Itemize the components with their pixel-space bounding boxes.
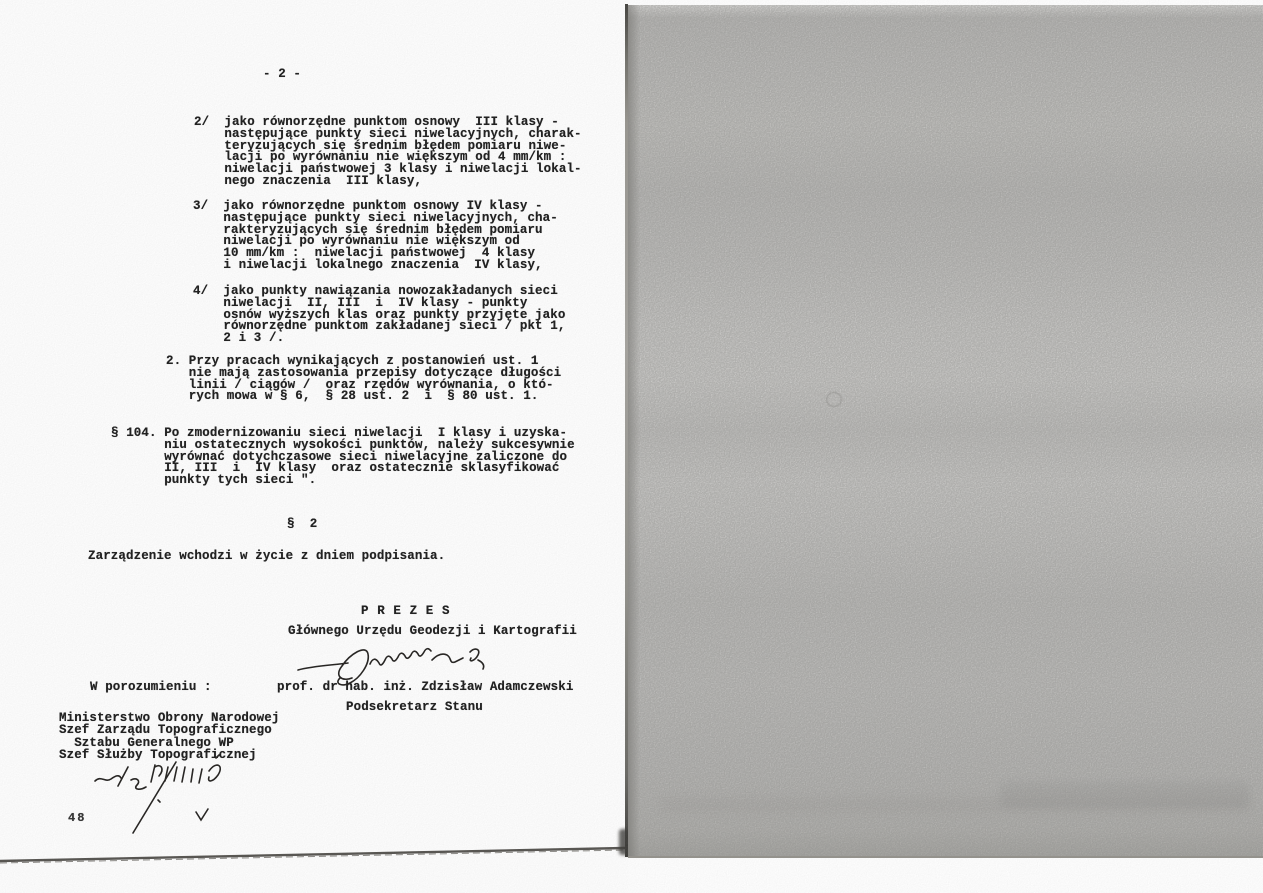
ministry-agreement-block: Ministerstwo Obrony Narodowej Szef Zarzą… [59,712,279,761]
paragraph-104: § 104. Po zmodernizowaniu sieci niwelacj… [111,428,575,487]
page-number: - 2 - [263,69,301,81]
clause-item-3: 3/ jako równorzędne punktom osnowy IV kl… [193,201,558,272]
ministry-signature-image [85,755,265,840]
scanned-document-page: { "document": { "page_number": "- 2 -", … [0,0,1263,893]
signer-role: Podsekretarz Stanu [346,702,483,714]
sheet-number: 48 [68,813,86,825]
prezes-office-line: Głównego Urzędu Geodezji i Kartografii [288,626,577,638]
agreement-label: W porozumieniu : [90,682,212,694]
clause-item-4: 4/ jako punkty nawiązania nowozakładanyc… [193,286,565,345]
section-2-heading: § 2 [287,519,317,531]
prezes-title: P R E Z E S [361,606,450,618]
clause-ust-2: 2. Przy pracach wynikających z postanowi… [166,356,561,403]
right-page-blank [628,5,1263,858]
left-page: - 2 - 2/ jako równorzędne punktom osnowy… [0,0,628,893]
effective-date-line: Zarządzenie wchodzi w życie z dniem podp… [88,551,445,563]
paper-smudge-mark [826,392,842,407]
clause-item-2: 2/ jako równorzędne punktom osnowy III k… [194,117,582,188]
prezes-signature-image [290,638,505,688]
ink-bleed-band [660,798,1250,812]
